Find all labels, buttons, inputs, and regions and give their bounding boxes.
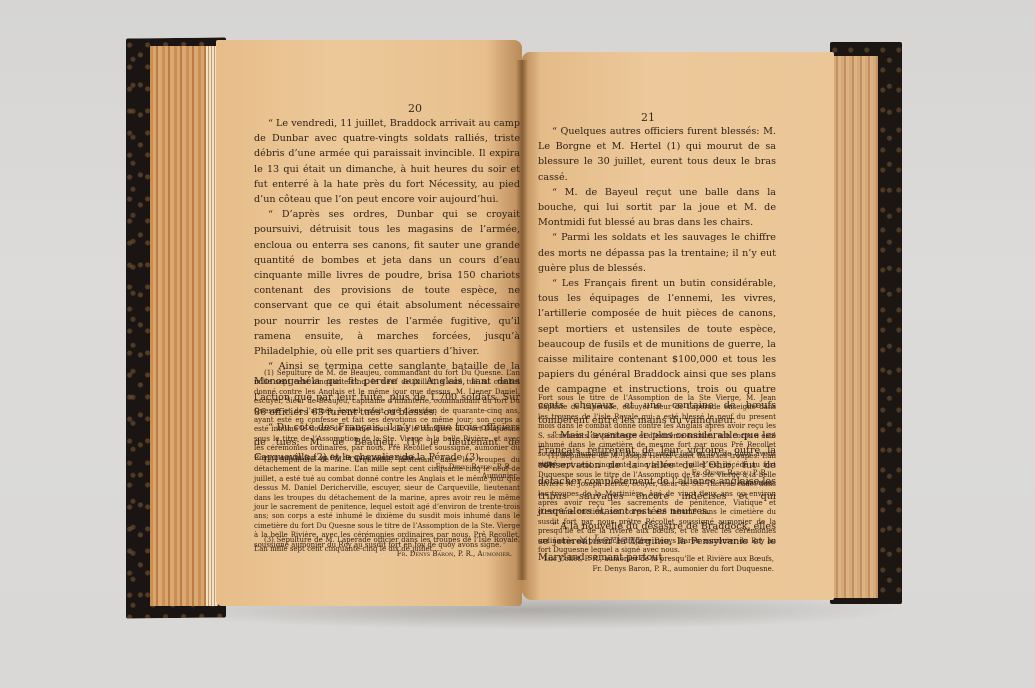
page-number-right: 21 [638,111,658,124]
footnote-text: (1) Sépulture de M. Joseph Hertel cadet … [538,452,776,555]
footnote-signature-line-1: Luc Collet, P. R., aumonier de la presqu… [538,555,776,564]
handwritten-annotation: × Lerieux [578,533,643,548]
left-footnote-3: (3) Sépulture de M. Laperade officier da… [254,536,520,555]
footnote-signature-line-2: Fr. Denys Baron, P. R., aumonier du fort… [538,565,776,574]
page-number-left: 20 [405,102,425,115]
left-paragraph-1: “ Le vendredi, 11 juillet, Braddock arri… [254,116,520,207]
right-paragraph-1: “ Quelques autres officiers furent bless… [538,124,776,185]
right-footnote-1: (1) Sépulture de M. Joseph Hertel cadet … [538,452,776,574]
right-paragraph-2: “ M. de Bayeul reçut une balle dans la b… [538,185,776,231]
right-paragraph-3: “ Parmi les soldats et les sauvages le c… [538,230,776,276]
left-paragraph-2: “ D’après ses ordres, Dunbar qui se croy… [254,207,520,359]
page-block-edge-left [150,46,214,606]
footnote-text: (1) Sépulture de M. de Beaujeu, commanda… [254,369,520,463]
footnote-text: (3) Sépulture de M. Laperade officier da… [254,536,520,555]
page-block-edge-right [833,56,878,598]
